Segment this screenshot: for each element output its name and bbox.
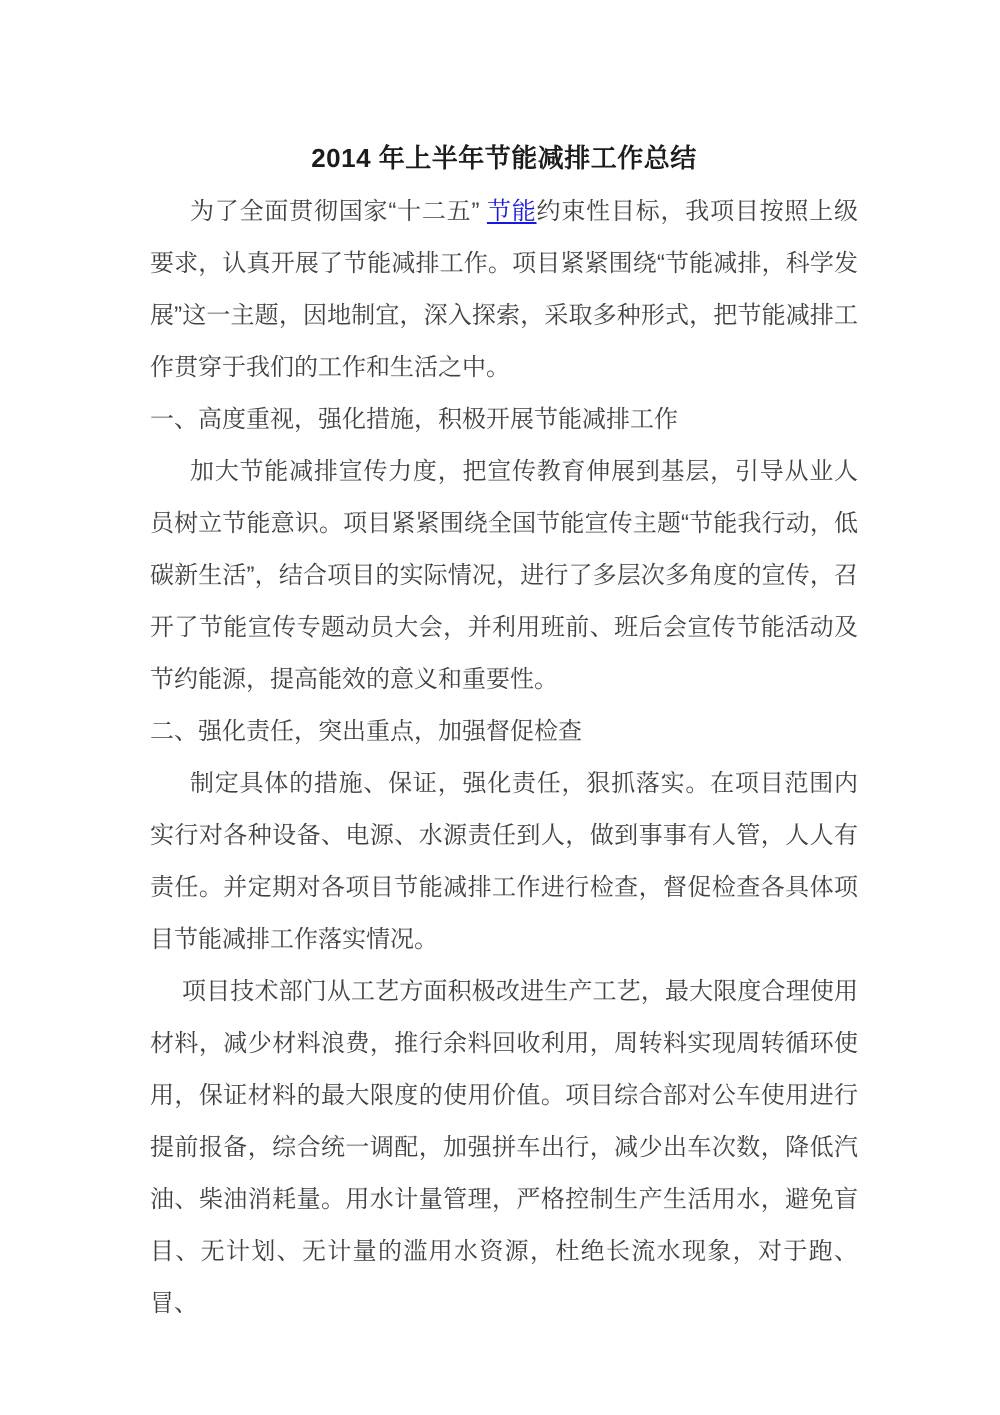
paragraph-responsibility: 制定具体的措施、保证，强化责任，狠抓落实。在项目范围内实行对各种设备、电源、水源… [150,758,858,966]
paragraph-intro: 为了全面贯彻国家“十二五” 节能约束性目标，我项目按照上级要求，认真开展了节能减… [150,186,858,394]
document-body: 为了全面贯彻国家“十二五” 节能约束性目标，我项目按照上级要求，认真开展了节能减… [150,186,858,1330]
document-content: 2014 年上半年节能减排工作总结 为了全面贯彻国家“十二五” 节能约束性目标，… [0,140,1000,1330]
paragraph-technology: 项目技术部门从工艺方面积极改进生产工艺，最大限度合理使用材料，减少材料浪费，推行… [150,966,858,1330]
document-title: 2014 年上半年节能减排工作总结 [150,140,858,176]
paragraph-publicity: 加大节能减排宣传力度，把宣传教育伸展到基层，引导从业人员树立节能意识。项目紧紧围… [150,446,858,706]
section-heading-1: 一、高度重视，强化措施，积极开展节能减排工作 [150,394,858,446]
paragraph-intro-text-before-link: 为了全面贯彻国家“十二五” [190,198,487,225]
paragraph-intro-text-after-link: 约束性目标，我项目按照上级要求，认真开展了节能减排工作。项目紧紧围绕“节能减排，… [150,198,858,381]
document-page: 2014 年上半年节能减排工作总结 为了全面贯彻国家“十二五” 节能约束性目标，… [0,0,1000,1415]
section-heading-2: 二、强化责任，突出重点，加强督促检查 [150,706,858,758]
jieneng-hyperlink[interactable]: 节能 [487,198,537,225]
